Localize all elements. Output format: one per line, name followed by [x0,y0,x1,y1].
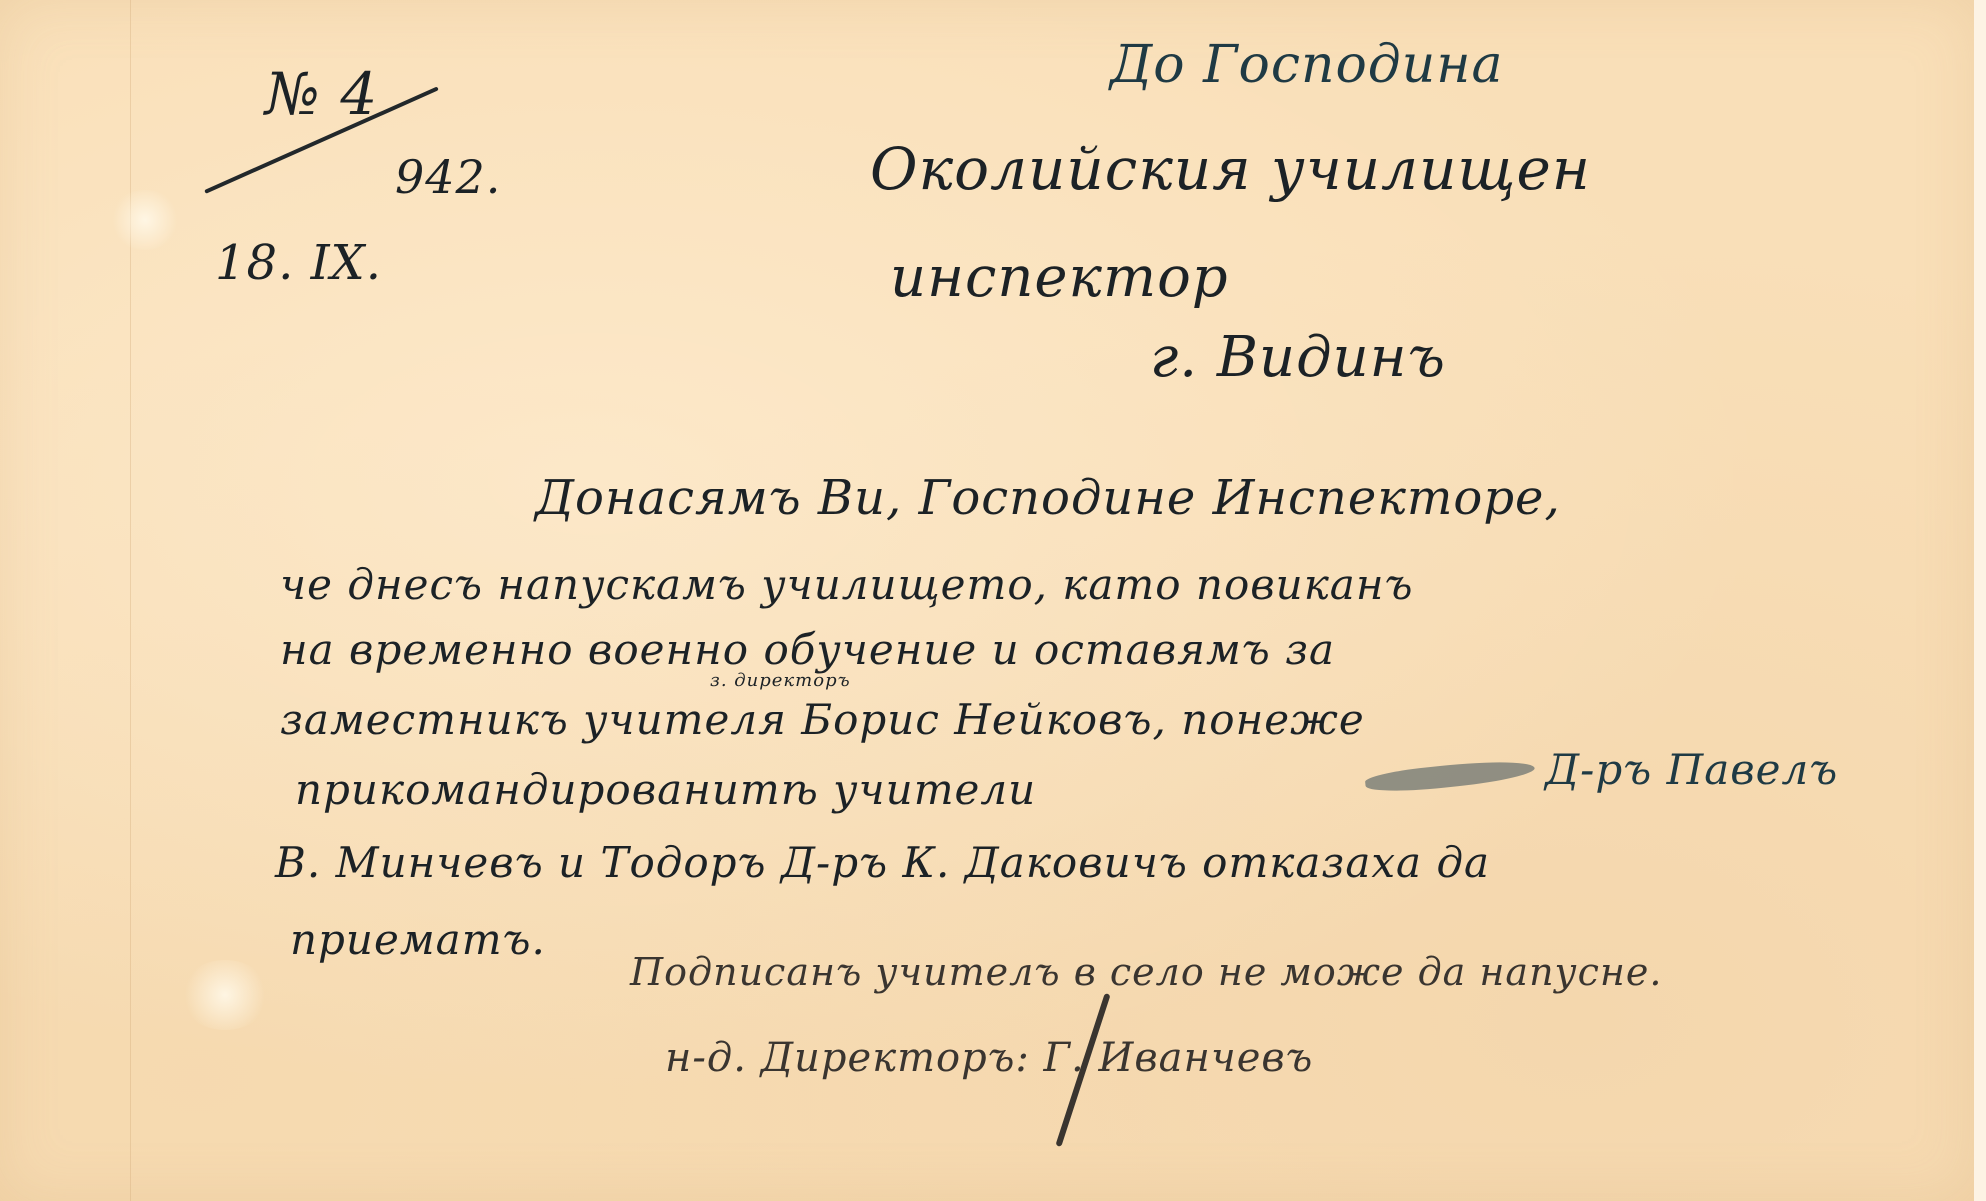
reference-year: 942. [395,150,501,204]
body-line-5: прикомандированитѣ учители [295,765,1036,814]
body-line-4: заместникъ учителя Борис Нейковъ, понеже [280,695,1365,744]
body-line-1: Донасямъ Ви, Господине Инспекторе, [535,470,1561,526]
body-line-8: Подписанъ учителъ в село не може да напу… [630,950,1662,994]
body-line-5-continued: Д-ръ Павелъ [1545,745,1838,794]
paper-fold-line [130,0,131,1201]
addressee-line-4: г. Видинъ [1150,325,1446,390]
reference-day-month: 18. IX. [215,235,382,291]
paper-crease [110,190,180,250]
ink-strikethrough [1364,756,1535,796]
body-insertion: з. директоръ [710,670,851,691]
addressee-line-3: инспектор [890,245,1229,310]
signature: н-д. Директоръ: Г. Иванчевъ [665,1035,1313,1081]
body-line-6: В. Минчевъ и Тодоръ Д-ръ К. Даковичъ отк… [275,838,1490,887]
paper-crease [180,960,270,1030]
body-line-3: на временно военно обучение и оставямъ з… [280,625,1335,674]
addressee-line-2: Околийския училищен [870,135,1591,203]
scan-edge [1974,0,1986,1201]
addressee-line-1: До Господина [1110,35,1503,95]
paper-sheet: № 4 942. 18. IX. До Господина Околийския… [0,0,1974,1201]
reference-number: № 4 [265,60,378,128]
body-line-7: приематъ. [290,915,546,964]
body-line-2: че днесъ напускамъ училището, като повик… [280,560,1414,609]
